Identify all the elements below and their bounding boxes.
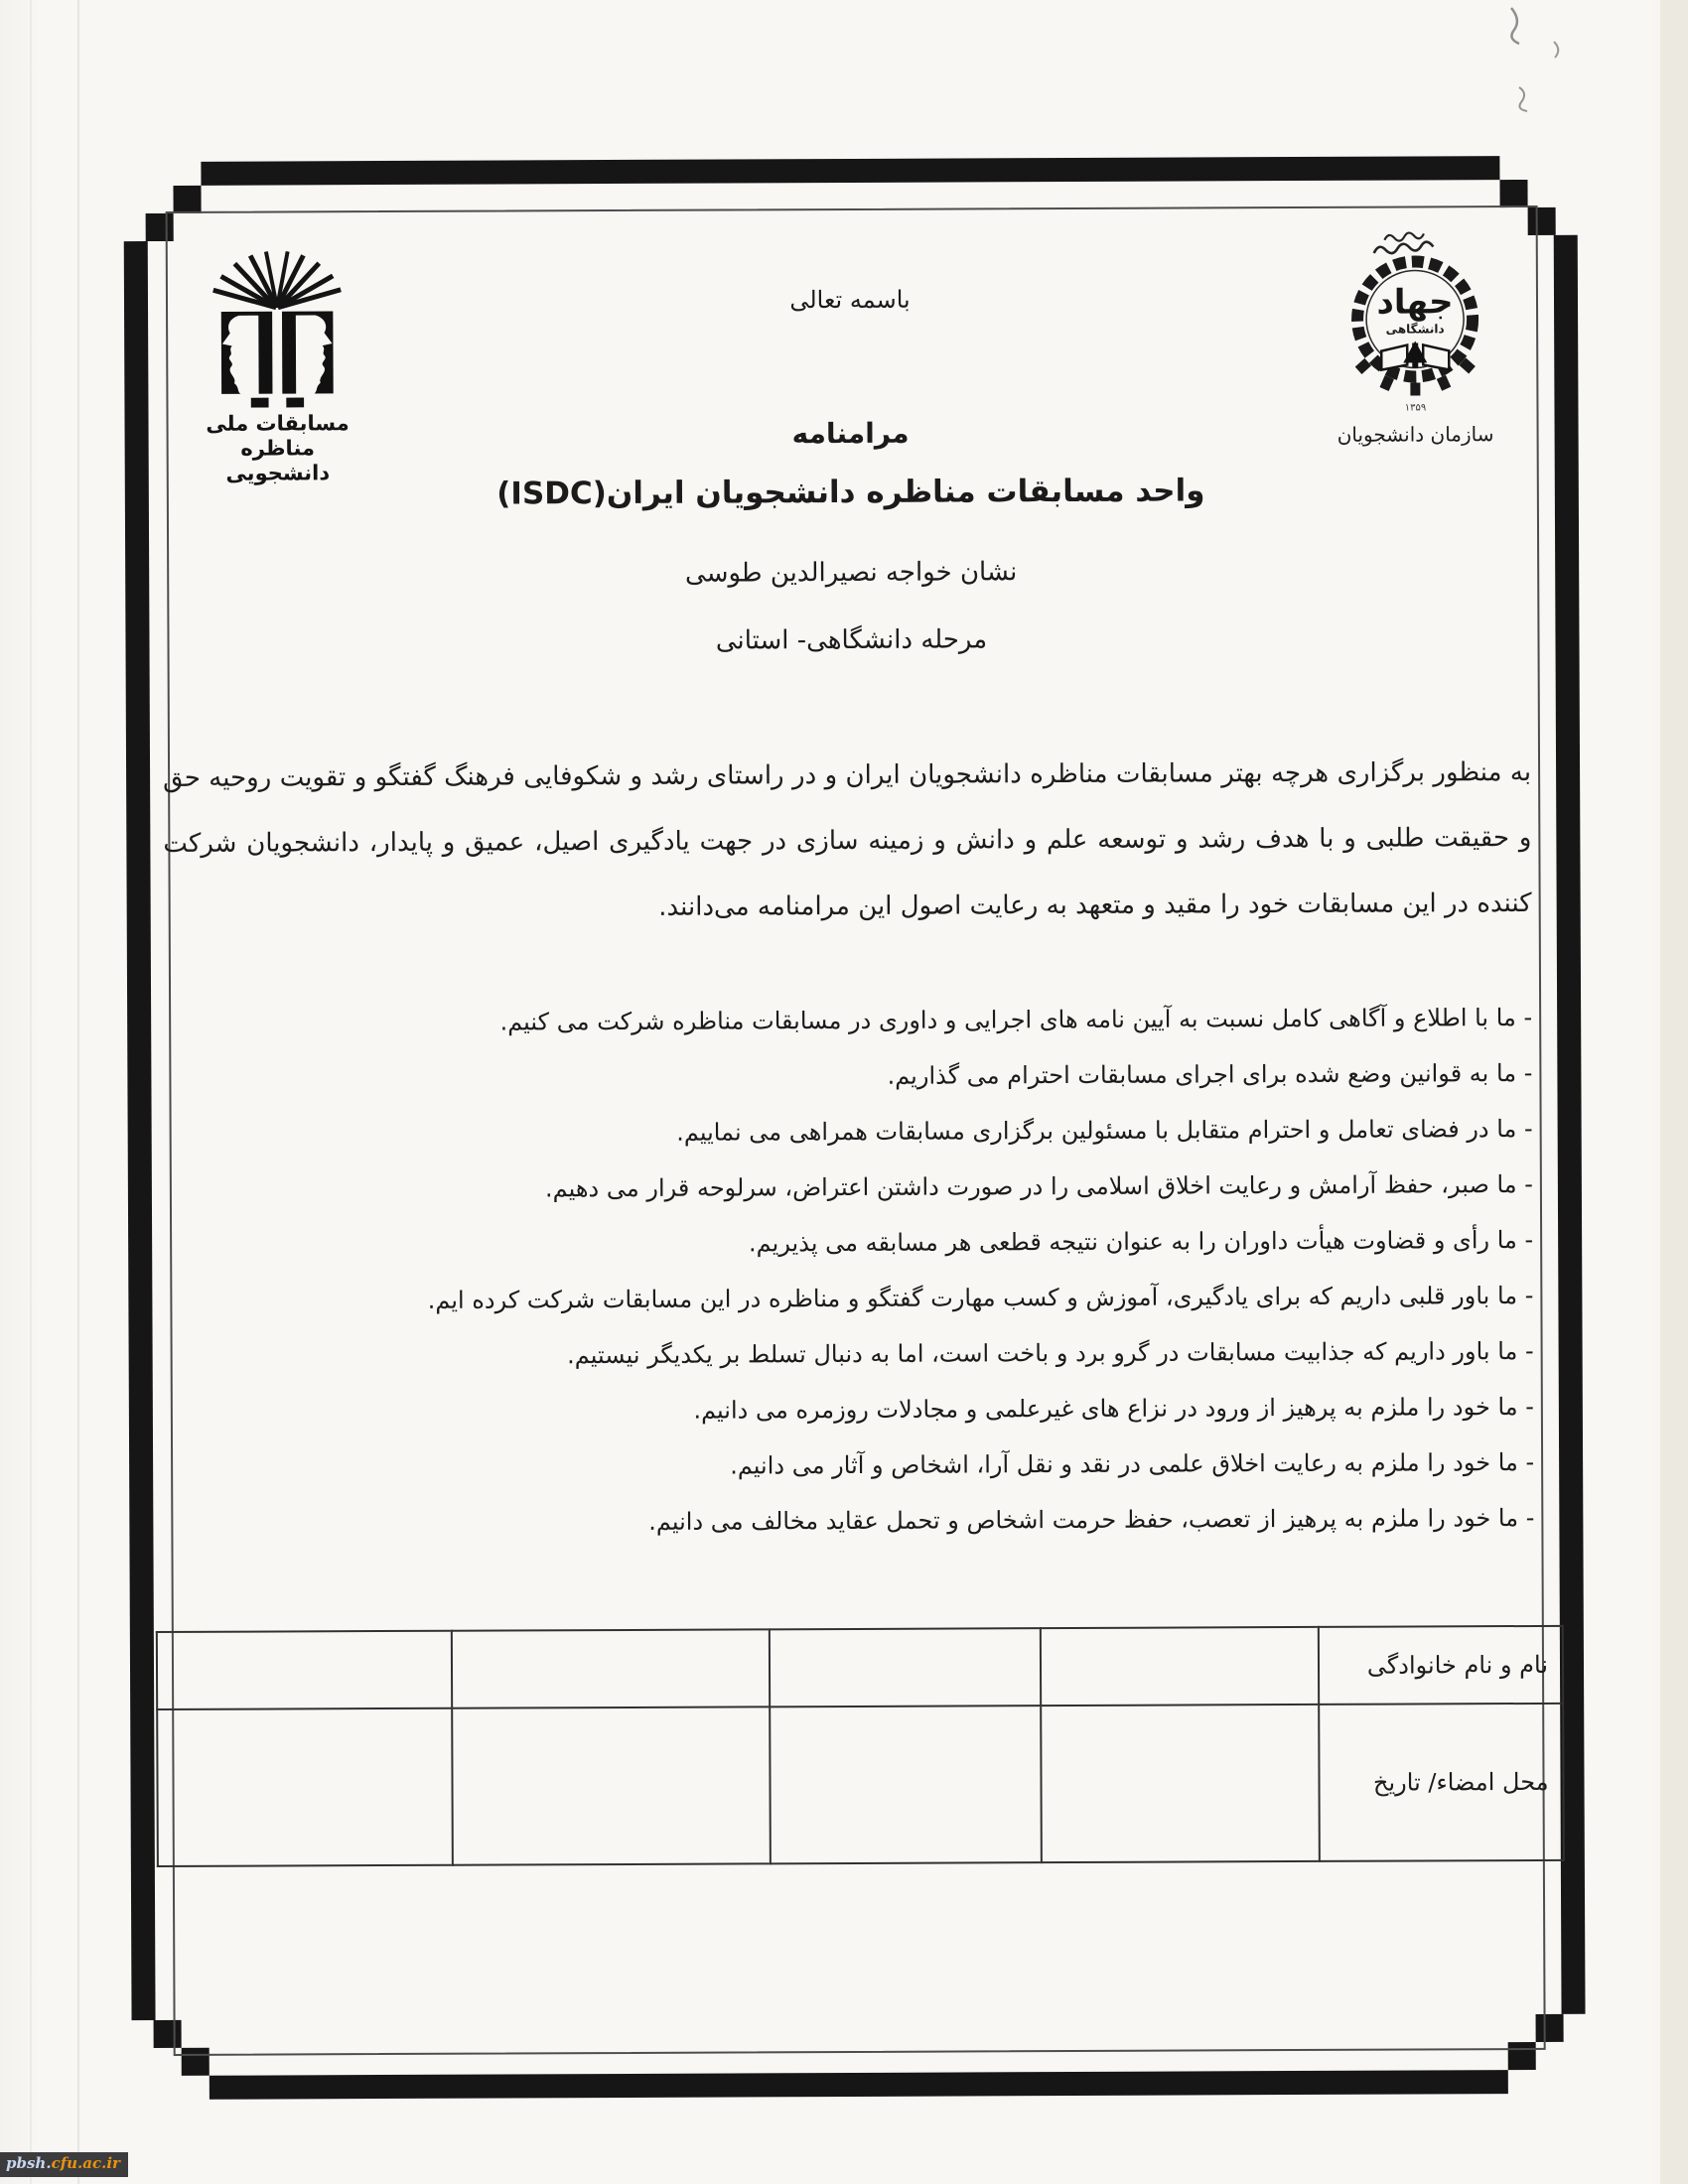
signature-table: نام و نام خانوادگی محل امضاء/ تاریخ xyxy=(156,1625,1565,1867)
border-bar xyxy=(201,156,1499,186)
site-watermark: pbsh.cfu.ac.ir xyxy=(0,2152,128,2177)
row-label-signature-date: محل امضاء/ تاریخ xyxy=(1319,1704,1564,1861)
commitment-item: - ما صبر، حفظ آرامش و رعایت اخلاق اسلامی… xyxy=(165,1157,1533,1218)
table-row: نام و نام خانوادگی xyxy=(157,1626,1563,1709)
jahad-daneshgahi-logo: جهاد دانشگاهی ۱۳۵۹ سازمان دانشجویان xyxy=(1314,221,1517,447)
jahad-daneshgahi-emblem-icon: جهاد دانشگاهی ۱۳۵۹ xyxy=(1316,221,1515,417)
emblem-year: ۱۳۵۹ xyxy=(1405,402,1427,413)
two-faces-book-icon xyxy=(194,250,361,408)
empty-signature-cell xyxy=(1041,1627,1319,1706)
empty-signature-cell xyxy=(452,1629,770,1707)
document-scan-area: مسابقات ملی مناظره دانشجویی جهاد xyxy=(0,0,1688,2184)
commitment-item: - ما رأی و قضاوت هیأت داوران را به عنوان… xyxy=(165,1212,1533,1274)
commitment-item: - ما خود را ملزم به رعایت اخلاق علمی در … xyxy=(166,1434,1534,1496)
bismillah-line: باسمه تعالی xyxy=(166,283,1534,317)
row-label-name: نام و نام خانوادگی xyxy=(1319,1626,1564,1705)
commitment-item: - ما خود را ملزم به پرهیز از تعصب، حفظ ح… xyxy=(166,1490,1534,1552)
commitments-list: - ما با اطلاع و آگاهی کامل نسبت به آیین … xyxy=(164,990,1534,1552)
stage-title: مرحله دانشگاهی- استانی xyxy=(167,622,1535,658)
watermark-prefix: pbsh. xyxy=(6,2154,52,2172)
certificate-border xyxy=(0,0,1684,4)
empty-signature-cell xyxy=(770,1706,1042,1863)
empty-signature-cell xyxy=(157,1708,453,1866)
page-title: مرامنامه xyxy=(167,414,1535,453)
watermark-domain: cfu.ac.ir xyxy=(52,2154,120,2172)
border-bar xyxy=(124,241,156,2020)
unit-title: واحد مسابقات مناظره دانشجویان ایران(ISDC… xyxy=(167,472,1535,513)
border-corner-step xyxy=(1499,180,1527,207)
empty-signature-cell xyxy=(770,1628,1042,1706)
badge-title: نشان خواجه نصیرالدین طوسی xyxy=(167,555,1535,591)
intro-paragraph: به منظور برگزاری هرچه بهتر مسابقات مناظر… xyxy=(163,740,1532,942)
empty-signature-cell xyxy=(1042,1705,1320,1862)
empty-signature-cell xyxy=(452,1706,770,1864)
commitment-item: - ما با اطلاع و آگاهی کامل نسبت به آیین … xyxy=(164,990,1532,1051)
commitment-item: - ما به قوانین وضع شده برای اجرای مسابقا… xyxy=(164,1045,1532,1107)
scanned-document-page: مسابقات ملی مناظره دانشجویی جهاد xyxy=(0,0,1688,2184)
commitment-item: - ما در فضای تعامل و احترام متقابل با مس… xyxy=(165,1101,1533,1162)
border-corner-step xyxy=(173,186,201,213)
commitment-item: - ما خود را ملزم به پرهیز از ورود در نزا… xyxy=(166,1379,1534,1440)
table-row: محل امضاء/ تاریخ xyxy=(157,1704,1564,1866)
commitment-item: - ما باور داریم که جذابیت مسابقات در گرو… xyxy=(166,1323,1534,1385)
empty-signature-cell xyxy=(157,1631,453,1709)
emblem-sub-word: دانشگاهی xyxy=(1386,322,1445,336)
border-bar xyxy=(210,2070,1508,2100)
commitment-item: - ما باور قلبی داریم که برای یادگیری، آم… xyxy=(165,1268,1533,1329)
